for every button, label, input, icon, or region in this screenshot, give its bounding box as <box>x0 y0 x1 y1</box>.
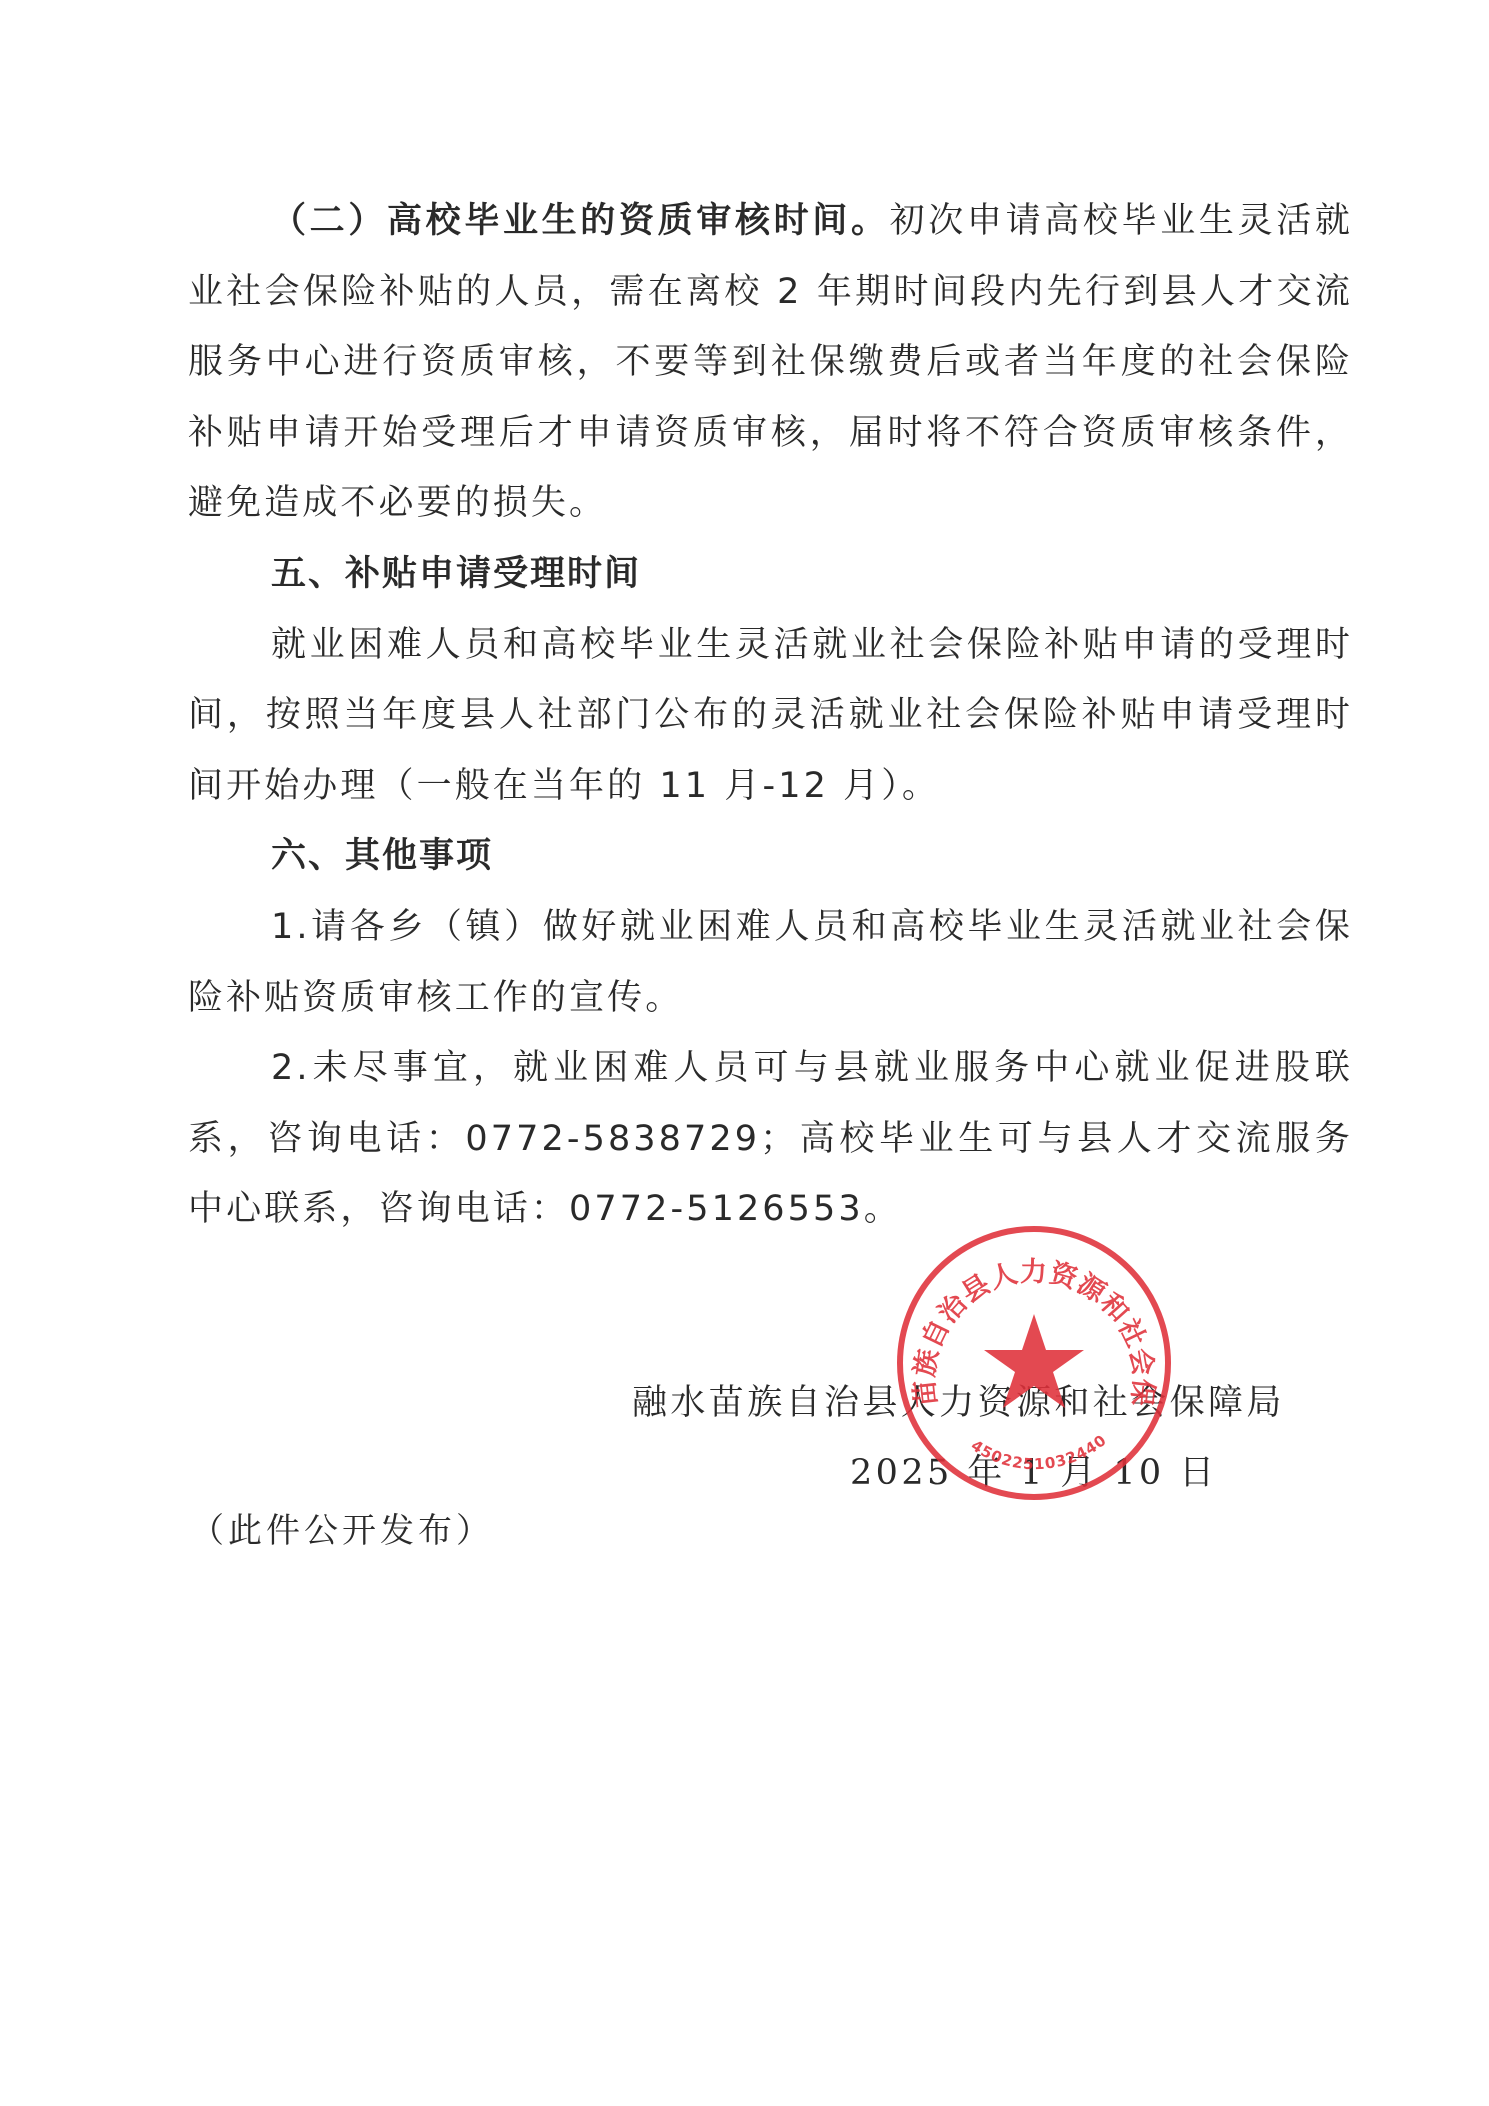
section-five-paragraph: 就业困难人员和高校毕业生灵活就业社会保险补贴申请的受理时间，按照当年度县人社部门… <box>188 610 1353 822</box>
section-two-sub-paragraph: （二）高校毕业生的资质审核时间。初次申请高校毕业生灵活就业社会保险补贴的人员，需… <box>188 186 1353 539</box>
section-six-item-2: 2.未尽事宜，就业困难人员可与县就业服务中心就业促进股联系，咨询电话：0772-… <box>188 1033 1353 1245</box>
section-two-sub-lead: （二）高校毕业生的资质审核时间。 <box>271 201 890 241</box>
signature-block: 融水苗族自治县人力资源和社会保障局 2025 年 1 月 10 日 <box>632 1368 1332 1508</box>
section-six-heading: 六、其他事项 <box>188 821 1353 892</box>
section-five-heading: 五、补贴申请受理时间 <box>188 539 1353 610</box>
document-body: （二）高校毕业生的资质审核时间。初次申请高校毕业生灵活就业社会保险补贴的人员，需… <box>188 186 1353 1245</box>
signature-organization: 融水苗族自治县人力资源和社会保障局 <box>632 1368 1332 1438</box>
publication-note: （此件公开发布） <box>190 1503 494 1552</box>
signature-date: 2025 年 1 月 10 日 <box>632 1438 1332 1508</box>
document-page: （二）高校毕业生的资质审核时间。初次申请高校毕业生灵活就业社会保险补贴的人员，需… <box>0 0 1489 2106</box>
section-six-item-1: 1.请各乡（镇）做好就业困难人员和高校毕业生灵活就业社会保险补贴资质审核工作的宣… <box>188 892 1353 1033</box>
section-two-sub-text: 初次申请高校毕业生灵活就业社会保险补贴的人员，需在离校 2 年期时间段内先行到县… <box>188 201 1353 523</box>
